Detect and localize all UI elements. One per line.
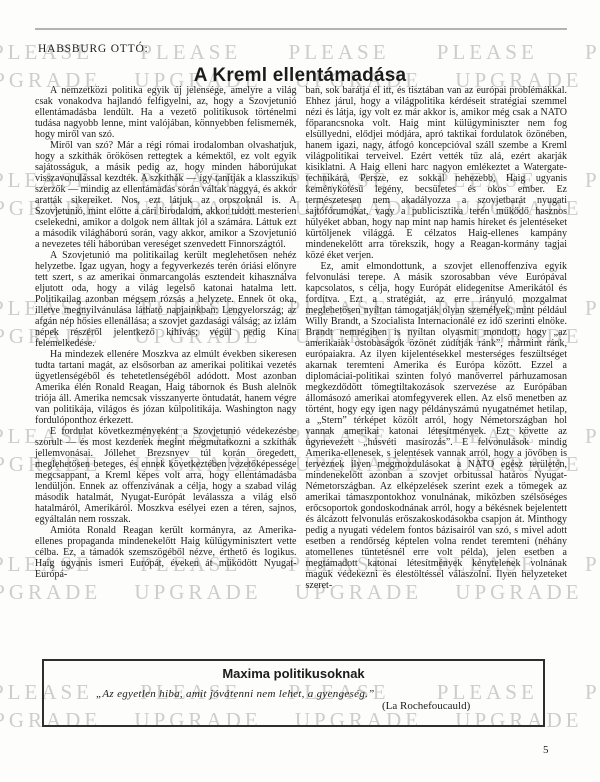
- article-body: A nemzetközi politika egyik új jelensége…: [35, 85, 567, 591]
- left-column: A nemzetközi politika egyik új jelensége…: [35, 85, 297, 591]
- maxima-quote: „Az egyetlen hiba, amit jóvátenni nem le…: [96, 688, 543, 700]
- maxima-attribution: (La Rochefoucauld): [382, 700, 543, 712]
- magazine-page: PLEASE PLEASE PLEASE PLEASE PLEASE PLEAS…: [0, 0, 600, 782]
- paragraph: A nemzetközi politika egyik új jelensége…: [35, 85, 297, 140]
- article-title: A Kreml ellentámadása: [0, 64, 600, 86]
- paragraph: Miről van szó? Már a régi római irodalom…: [35, 140, 297, 250]
- paragraph: Amióta Ronald Reagan került kormányra, a…: [35, 525, 297, 580]
- page-number: 5: [543, 744, 549, 756]
- paragraph: Ez, amit elmondottunk, a szovjet ellenof…: [306, 261, 568, 591]
- article-author: HABSBURG OTTÓ:: [38, 43, 149, 55]
- right-column: ban, sok barátja él itt, és tisztában va…: [306, 85, 568, 591]
- paragraph: A Szovjetunió ma politikailag került meg…: [35, 250, 297, 349]
- maxima-box-title: Maxima politikusoknak: [44, 666, 543, 681]
- top-rule: [35, 28, 567, 30]
- maxima-box: Maxima politikusoknak „Az egyetlen hiba,…: [42, 659, 545, 727]
- paragraph: ban, sok barátja él itt, és tisztában va…: [306, 85, 568, 261]
- paragraph: Ha mindezek ellenére Moszkva az elmúlt é…: [35, 349, 297, 426]
- page-content: HABSBURG OTTÓ: A Kreml ellentámadása A n…: [0, 0, 600, 782]
- paragraph: E fordulat következményeként a Szovjetun…: [35, 426, 297, 525]
